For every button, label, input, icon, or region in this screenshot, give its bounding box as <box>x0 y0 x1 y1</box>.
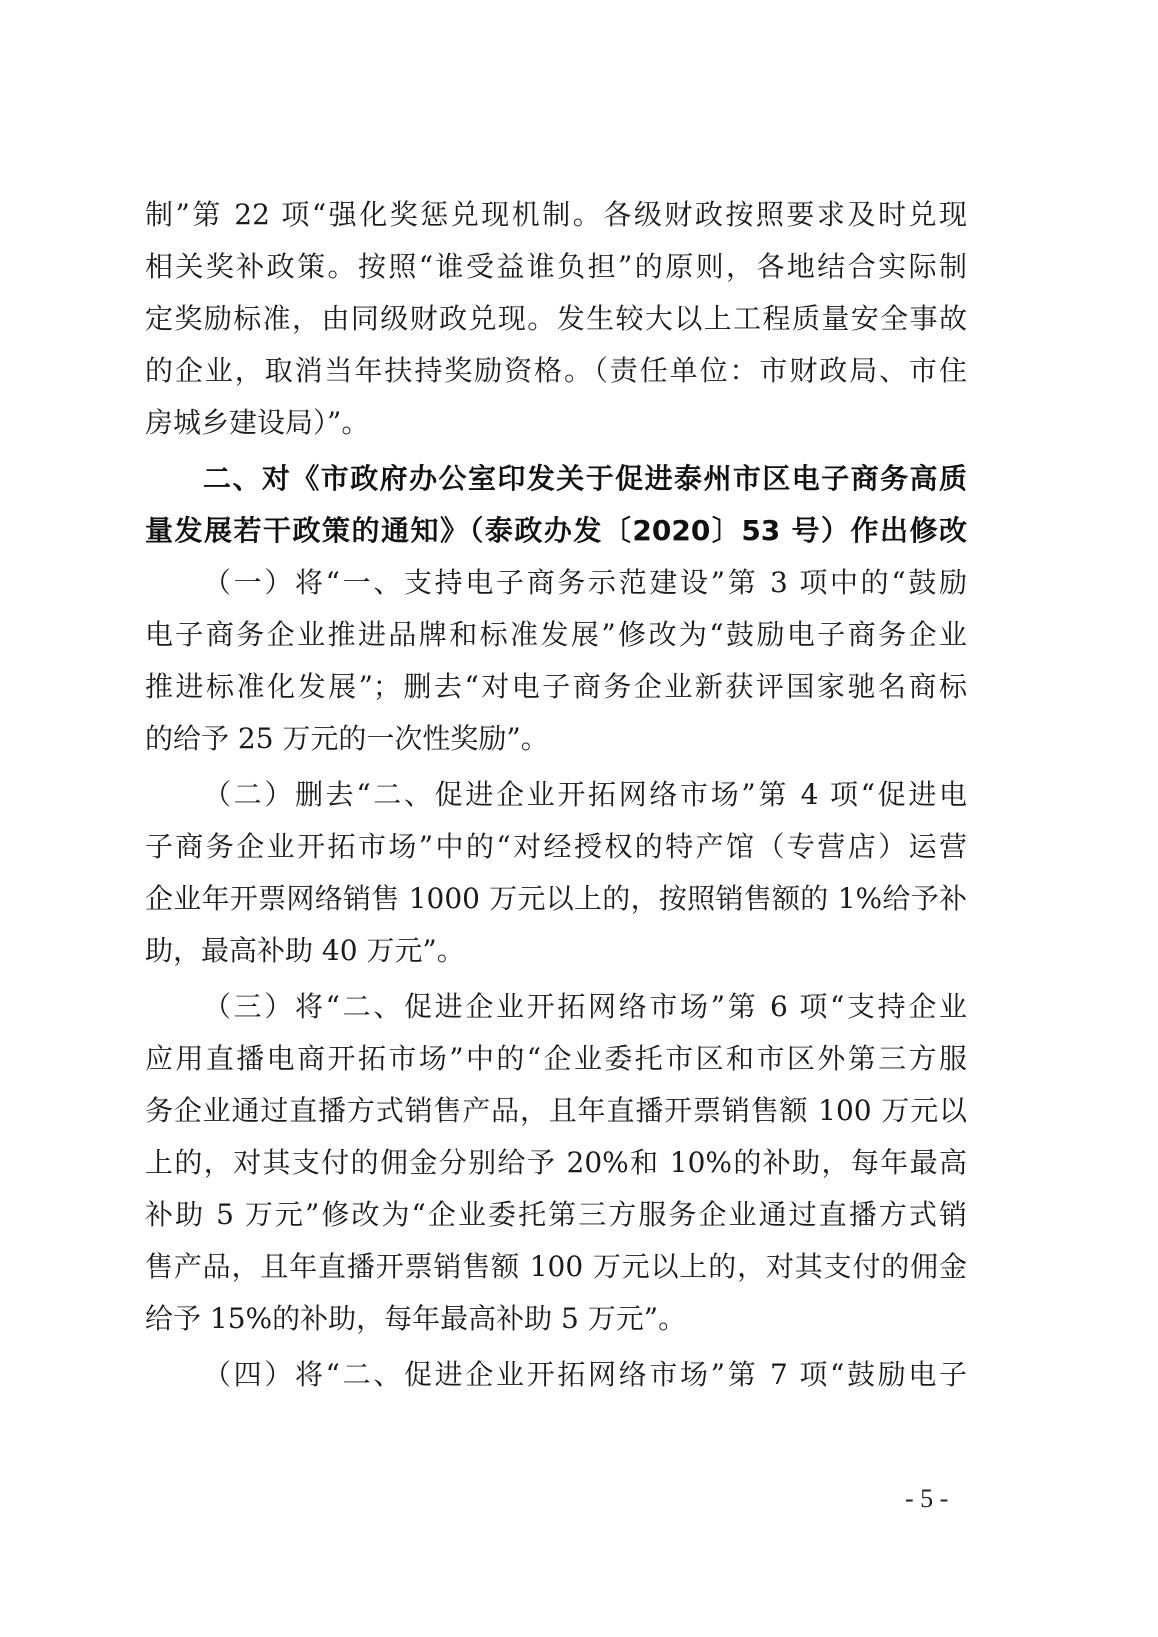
paragraph-line: 助，最高补助 40 万元”。 <box>145 931 967 971</box>
paragraph-line: 的给予 25 万元的一次性奖励”。 <box>145 719 967 759</box>
paragraph-line: 定奖励标准，由同级财政兑现。发生较大以上工程质量安全事故 <box>145 299 967 339</box>
paragraph-line: 给予 15%的补助，每年最高补助 5 万元”。 <box>145 1299 967 1339</box>
page-number: - 5 - <box>905 1484 948 1514</box>
document-page: 制”第 22 项“强化奖惩兑现机制。各级财政按照要求及时兑现相关奖补政策。按照“… <box>0 0 1158 1637</box>
paragraph-line: 制”第 22 项“强化奖惩兑现机制。各级财政按照要求及时兑现 <box>145 195 967 235</box>
paragraph-line: 务企业通过直播方式销售产品，且年直播开票销售额 100 万元以 <box>145 1091 967 1131</box>
paragraph-line: （四）将“二、促进企业开拓网络市场”第 7 项“鼓励电子 <box>203 1355 967 1395</box>
paragraph-line: 补助 5 万元”修改为“企业委托第三方服务企业通过直播方式销 <box>145 1195 967 1235</box>
section-heading-line: 二、对《市政府办公室印发关于促进泰州市区电子商务高质 <box>203 459 967 499</box>
paragraph-line: 售产品，且年直播开票销售额 100 万元以上的，对其支付的佣金 <box>145 1247 967 1287</box>
paragraph-line: 的企业，取消当年扶持奖励资格。（责任单位：市财政局、市住 <box>145 351 967 391</box>
paragraph-line: 子商务企业开拓市场”中的“对经授权的特产馆（专营店）运营 <box>145 827 967 867</box>
paragraph-line: 企业年开票网络销售 1000 万元以上的，按照销售额的 1%给予补 <box>145 879 967 919</box>
paragraph-line: 应用直播电商开拓市场”中的“企业委托市区和市区外第三方服 <box>145 1039 967 1079</box>
paragraph-line: 推进标准化发展”；删去“对电子商务企业新获评国家驰名商标 <box>145 667 967 707</box>
paragraph-line: （二）删去“二、促进企业开拓网络市场”第 4 项“促进电 <box>203 775 967 815</box>
paragraph-line: 上的，对其支付的佣金分别给予 20%和 10%的补助，每年最高 <box>145 1143 967 1183</box>
paragraph-line: （一）将“一、支持电子商务示范建设”第 3 项中的“鼓励 <box>203 563 967 603</box>
paragraph-line: 房城乡建设局）”。 <box>145 403 967 443</box>
paragraph-line: 电子商务企业推进品牌和标准发展”修改为“鼓励电子商务企业 <box>145 615 967 655</box>
section-heading-line: 量发展若干政策的通知》（泰政办发〔2020〕53 号）作出修改 <box>145 511 967 551</box>
paragraph-line: 相关奖补政策。按照“谁受益谁负担”的原则，各地结合实际制 <box>145 247 967 287</box>
paragraph-line: （三）将“二、促进企业开拓网络市场”第 6 项“支持企业 <box>203 987 967 1027</box>
